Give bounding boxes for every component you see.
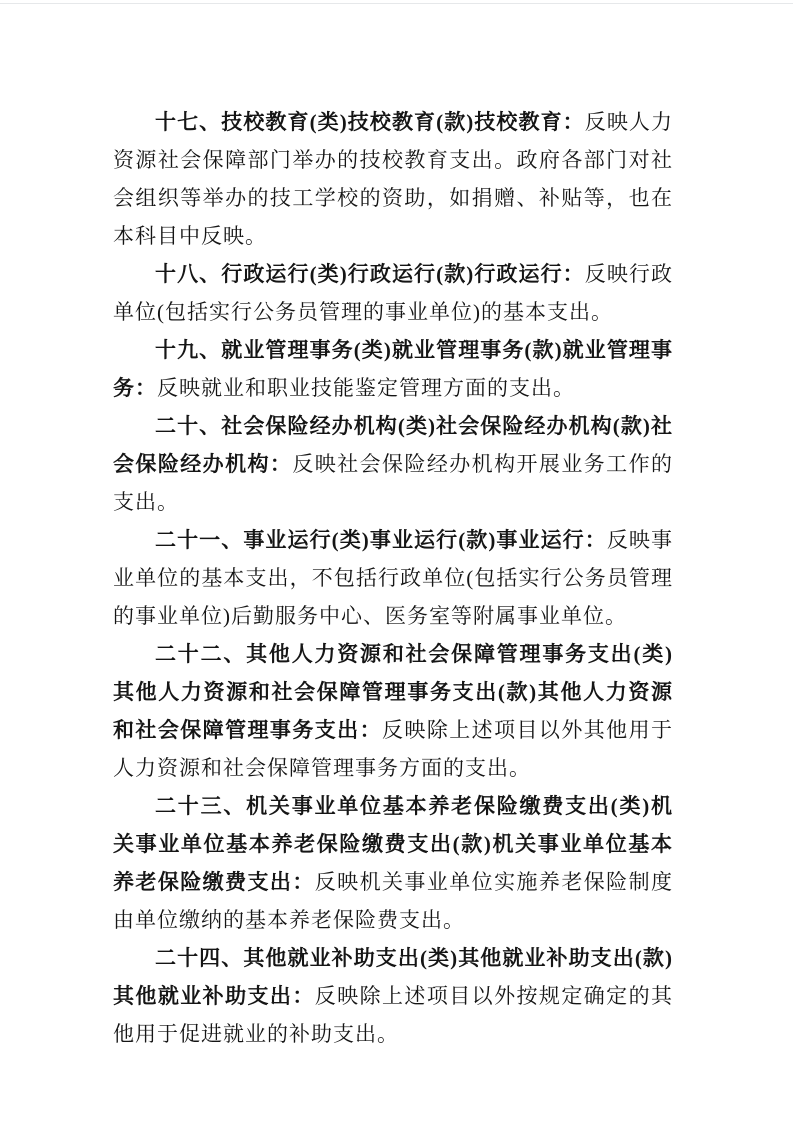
document-content: 十七、技校教育(类)技校教育(款)技校教育：反映人力资源社会保障部门举办的技校教… <box>113 103 673 1053</box>
paragraph-item-17: 十七、技校教育(类)技校教育(款)技校教育：反映人力资源社会保障部门举办的技校教… <box>113 103 673 255</box>
page-top-edge-line <box>0 3 793 4</box>
paragraph-item-19-body: 反映就业和职业技能鉴定管理方面的支出。 <box>157 376 575 400</box>
paragraph-item-18: 十八、行政运行(类)行政运行(款)行政运行：反映行政单位(包括实行公务员管理的事… <box>113 255 673 331</box>
document-page: 十七、技校教育(类)技校教育(款)技校教育：反映人力资源社会保障部门举办的技校教… <box>0 0 793 1122</box>
paragraph-item-19: 十九、就业管理事务(类)就业管理事务(款)就业管理事务：反映就业和职业技能鉴定管… <box>113 331 673 407</box>
paragraph-item-21-heading: 二十一、事业运行(类)事业运行(款)事业运行： <box>155 528 607 552</box>
paragraph-item-22: 二十二、其他人力资源和社会保障管理事务支出(类)其他人力资源和社会保障管理事务支… <box>113 635 673 787</box>
paragraph-item-24: 二十四、其他就业补助支出(类)其他就业补助支出(款)其他就业补助支出：反映除上述… <box>113 939 673 1053</box>
paragraph-item-17-heading: 十七、技校教育(类)技校教育(款)技校教育： <box>155 110 585 134</box>
paragraph-item-18-heading: 十八、行政运行(类)行政运行(款)行政运行： <box>155 262 585 286</box>
paragraph-item-21: 二十一、事业运行(类)事业运行(款)事业运行：反映事业单位的基本支出，不包括行政… <box>113 521 673 635</box>
paragraph-item-23: 二十三、机关事业单位基本养老保险缴费支出(类)机关事业单位基本养老保险缴费支出(… <box>113 787 673 939</box>
paragraph-item-20: 二十、社会保险经办机构(类)社会保险经办机构(款)社会保险经办机构：反映社会保险… <box>113 407 673 521</box>
